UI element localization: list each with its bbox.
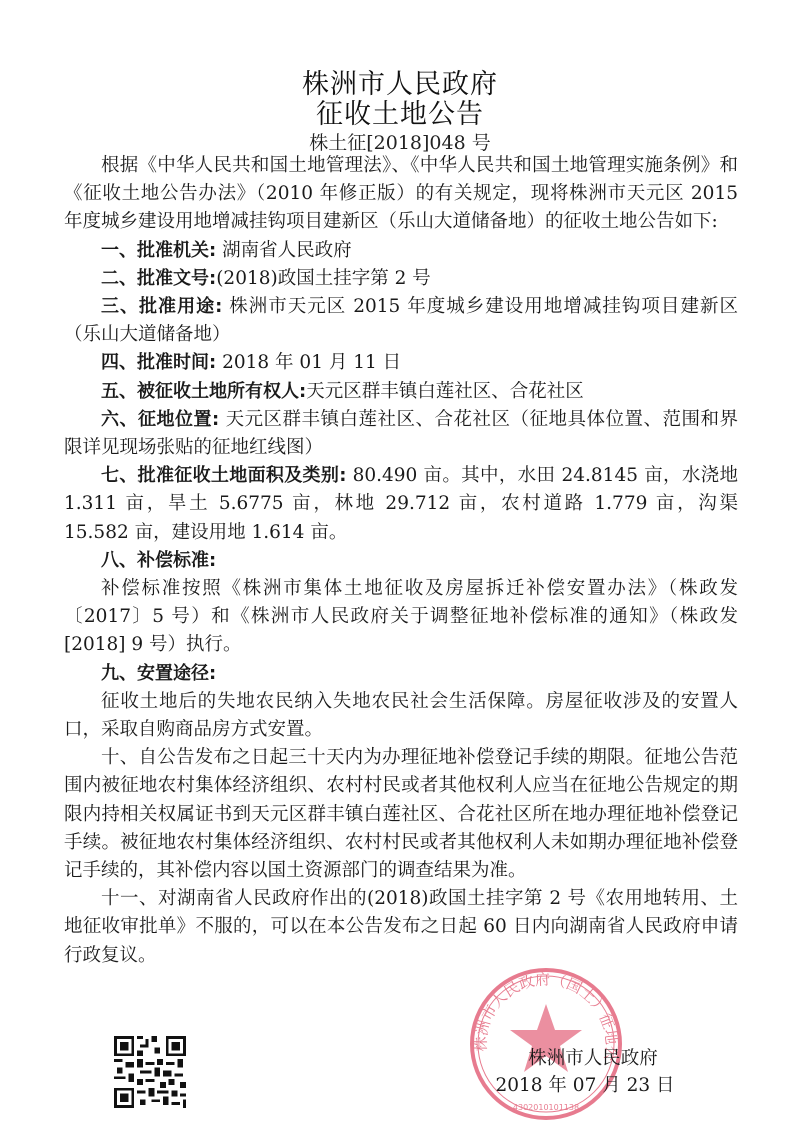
item-land-owners: 五、被征收土地所有权人:天元区群丰镇白莲社区、合花社区: [64, 378, 738, 406]
item-compensation-text: 补偿标准按照《株洲市集体土地征收及房屋拆迁补偿安置办法》（株政发〔2017〕5 …: [64, 575, 738, 660]
item-land-area: 七、批准征收土地面积及类别: 80.490 亩。其中，水田 24.8145 亩，…: [64, 462, 738, 547]
intro-paragraph: 根据《中华人民共和国土地管理法》、《中华人民共和国土地管理实施条例》和《征收土地…: [64, 152, 738, 237]
document-number: 株土征[2018]048 号: [0, 128, 800, 155]
signature-block: 株洲市人民政府 2018 年 07 月 23 日: [470, 1045, 700, 1099]
item-approval-date: 四、批准时间: 2018 年 01 月 11 日: [64, 349, 738, 377]
notice-page: 株洲市人民政府 征收土地公告 株土征[2018]048 号 根据《中华人民共和国…: [0, 0, 800, 1135]
signing-organization: 株洲市人民政府: [470, 1045, 700, 1072]
item-compensation-heading: 八、补偿标准:: [64, 547, 738, 575]
item-appeal-rights: 十一、对湖南省人民政府作出的(2018)政国土挂字第 2 号《农用地转用、土地征…: [64, 885, 738, 970]
signing-date: 2018 年 07 月 23 日: [470, 1072, 700, 1099]
item-resettlement-text: 征收土地后的失地农民纳入失地农民社会生活保障。房屋征收涉及的安置人口，采取自购商…: [64, 688, 738, 744]
item-approval-purpose: 三、批准用途: 株洲市天元区 2015 年度城乡建设用地增减挂钩项目建新区（乐山…: [64, 293, 738, 349]
item-approval-number: 二、批准文号:(2018)政国土挂字第 2 号: [64, 265, 738, 293]
item-approval-authority: 一、批准机关: 湖南省人民政府: [64, 237, 738, 265]
official-seal-icon: 株洲市人民政府（国土）征地公告专用章 4302010101138: [466, 964, 626, 1124]
qr-code-icon: [114, 1036, 186, 1108]
page-title-notice: 征收土地公告: [0, 92, 800, 131]
item-registration-deadline: 十、自公告发布之日起三十天内为办理征地补偿登记手续的期限。征地公告范围内被征地农…: [64, 744, 738, 885]
item-resettlement-heading: 九、安置途径:: [64, 660, 738, 688]
svg-text:4302010101138: 4302010101138: [513, 1103, 579, 1112]
notice-body: 根据《中华人民共和国土地管理法》、《中华人民共和国土地管理实施条例》和《征收土地…: [64, 152, 738, 970]
item-land-location: 六、征地位置: 天元区群丰镇白莲社区、合花社区（征地具体位置、范围和界限详见现场…: [64, 406, 738, 462]
